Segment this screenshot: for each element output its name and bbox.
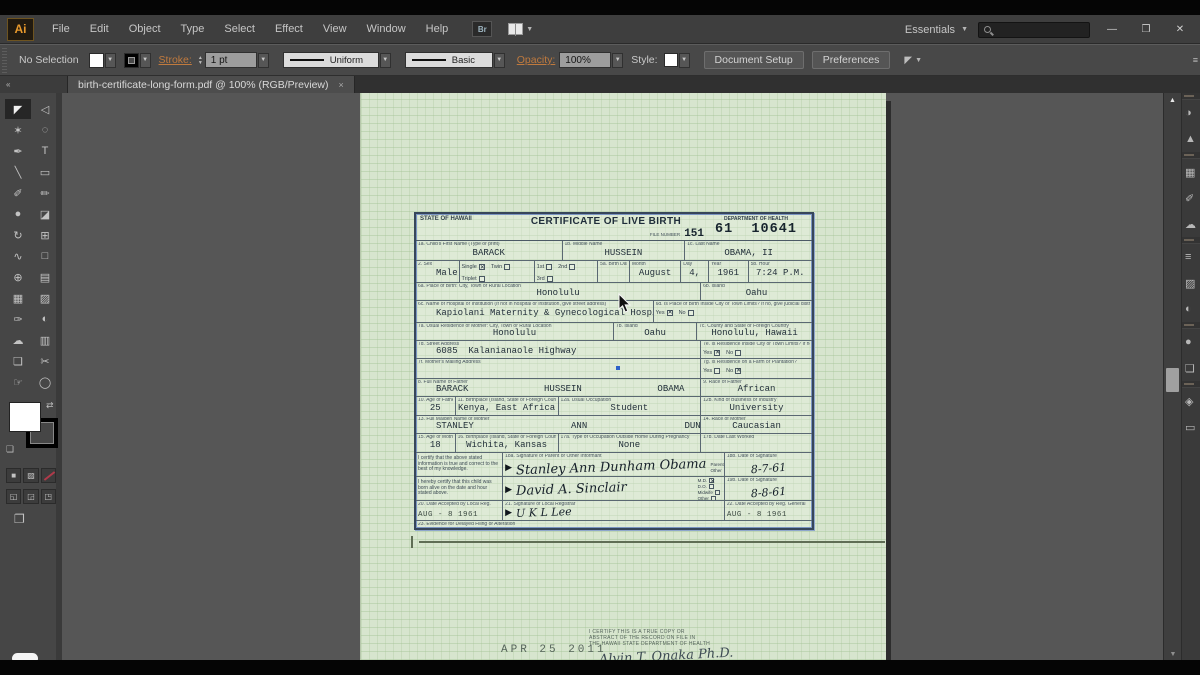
- checkbox-item: No: [679, 310, 694, 316]
- mouse-cursor-icon: [618, 293, 632, 318]
- pdf-page[interactable]: STATE OF HAWAII CERTIFICATE OF LIVE BIRT…: [360, 93, 886, 660]
- certificate-cell: 23. Evidence for Delayed Filing or Alter…: [416, 521, 812, 533]
- field-value: Wichita, Kansas: [458, 440, 556, 451]
- chevron-down-icon[interactable]: ▼: [140, 53, 151, 68]
- certificate-cell: 6d. Is Place of Birth Inside City or Tow…: [654, 301, 812, 322]
- checkbox-unchecked: [714, 368, 720, 374]
- close-icon[interactable]: ×: [339, 80, 344, 90]
- checkbox-item: Parent: [710, 462, 724, 467]
- checkbox-item: 1st: [537, 264, 552, 270]
- lasso-tool[interactable]: ◌: [32, 120, 58, 140]
- certificate-row: 6c. Name of Hospital or Institution (If …: [416, 301, 812, 323]
- menu-item-select[interactable]: Select: [214, 15, 265, 44]
- menu-item-help[interactable]: Help: [416, 15, 459, 44]
- certificate-cell: 8. Full Name of FatherBARACK HUSSEIN OBA…: [416, 379, 701, 396]
- scale-tool[interactable]: ⊞: [32, 225, 58, 245]
- search-input[interactable]: [978, 22, 1090, 38]
- control-bar: No Selection ▼ ▼ Stroke: ▲▼ 1 pt ▼ Unifo…: [0, 44, 1200, 76]
- certificate-cell: 5b. Hour7:24 P.M.: [749, 261, 812, 282]
- chevron-down-icon[interactable]: ▼: [380, 53, 391, 68]
- certificate-cell: 11. Birthplace (Island, State or Foreign…: [456, 397, 559, 415]
- checkbox-unchecked: [504, 264, 510, 270]
- illustrator-logo: Ai: [7, 18, 34, 41]
- field-label: 19b. Date of Signature: [727, 478, 810, 484]
- file-number-value: 151: [684, 228, 704, 240]
- certificate-cell: 20. Date Accepted by Local Reg.AUG - 8 1…: [416, 501, 503, 520]
- signature-marker-icon: ▶: [505, 463, 512, 472]
- stroke-weight-stepper[interactable]: ▲▼: [198, 56, 203, 65]
- certificate-cell: 13. Full Maiden Name of MotherSTANLEY AN…: [416, 416, 701, 433]
- certificate-row: 8. Full Name of FatherBARACK HUSSEIN OBA…: [416, 379, 812, 397]
- certificate-row: 10. Age of Father2511. Birthplace (Islan…: [416, 397, 812, 416]
- checkbox-item: 3rd: [537, 276, 553, 282]
- draw-behind-icon[interactable]: ◲: [23, 489, 38, 504]
- certificate-row: I hereby certify that this child was bor…: [416, 477, 812, 501]
- checkbox-unchecked: [569, 264, 575, 270]
- field-label: 22. Date Accepted by Reg. General: [727, 502, 810, 508]
- checkbox-unchecked: [479, 276, 485, 282]
- mesh-tool[interactable]: ▦: [5, 288, 31, 308]
- checkbox-item: Triplet: [462, 276, 485, 282]
- hand-tool[interactable]: ☞: [5, 372, 31, 392]
- scan-fold-tick: [411, 536, 413, 548]
- stroke-panel[interactable]: ≡: [1182, 244, 1200, 270]
- opacity-panel-link[interactable]: Opacity:: [517, 54, 556, 66]
- certificate-cell: MonthAugust: [630, 261, 681, 282]
- field-value: None: [561, 440, 699, 451]
- checkbox-unchecked: [709, 484, 714, 489]
- certificate-cell: 1a. Child's First Name (Type or print)BA…: [416, 241, 563, 260]
- default-fill-stroke-icon[interactable]: ❏: [6, 444, 14, 455]
- draw-inside-icon[interactable]: ◳: [41, 489, 56, 504]
- certificate-cell: I certify that the above stated informat…: [416, 453, 503, 476]
- certificate-row: 2. SexMale3. This BirthSingleTwinTriplet…: [416, 261, 812, 283]
- certificate-cell: 5a. Birth Date: [598, 261, 630, 282]
- dock-group-label: [1182, 152, 1200, 159]
- menu-item-file[interactable]: File: [42, 15, 80, 44]
- appearance-panel[interactable]: ●: [1182, 329, 1200, 355]
- brush-preview: [412, 59, 446, 61]
- arrange-documents-icon: [508, 23, 523, 35]
- certificate-cell: 7b. IslandOahu: [614, 323, 697, 340]
- certificate-cell: I hereby certify that this child was bor…: [416, 477, 503, 500]
- blend-tool[interactable]: ◐: [32, 309, 58, 329]
- certificate-form: STATE OF HAWAII CERTIFICATE OF LIVE BIRT…: [414, 212, 814, 530]
- field-value: University: [703, 403, 810, 414]
- dock-group-label: [1182, 93, 1200, 100]
- certificate-row: 20. Date Accepted by Local Reg.AUG - 8 1…: [416, 501, 812, 521]
- symbols-panel[interactable]: ☁: [1182, 211, 1200, 237]
- checkbox-unchecked: [715, 490, 720, 495]
- eyedropper-tool[interactable]: ✑: [5, 309, 31, 329]
- signature-text: Stanley Ann Dunham Obama: [516, 456, 707, 476]
- selection-tool[interactable]: ◤: [5, 99, 31, 119]
- checkbox-checked: [714, 350, 720, 356]
- color-mode-row: ■ ▨: [0, 468, 56, 483]
- line-segment-tool[interactable]: ╲: [5, 162, 31, 182]
- field-value: 8-7-61: [727, 459, 811, 476]
- stroke-swatch[interactable]: [124, 53, 139, 68]
- document-tab-bar: « birth-certificate-long-form.pdf @ 100%…: [0, 76, 1200, 93]
- workspace-switcher[interactable]: Essentials ▼: [905, 24, 968, 36]
- style-label: Style:: [631, 54, 657, 66]
- fill-swatch[interactable]: [89, 53, 104, 68]
- checkbox-item: 2nd: [558, 264, 575, 270]
- zoom-tool[interactable]: ◯: [32, 372, 58, 392]
- certificate-cell: 4. If Twin or Triplet, Was Child Born1st…: [535, 261, 598, 282]
- chevron-down-icon[interactable]: ▼: [258, 53, 269, 68]
- certificate-cell: 10. Age of Father25: [416, 397, 456, 415]
- panel-dock: ◑▲▦✐☁≡▨◐●❏◈▭: [1181, 93, 1200, 660]
- style-swatch[interactable]: [664, 53, 678, 67]
- field-value: AUG - 8 1961: [727, 511, 810, 519]
- checkbox-unchecked: [688, 310, 694, 316]
- field-value: 4,: [683, 268, 706, 279]
- draw-normal-icon[interactable]: ◱: [6, 489, 21, 504]
- field-label: 6d. Is Place of Birth Inside City or Tow…: [656, 302, 810, 308]
- close-button[interactable]: ✕: [1168, 24, 1192, 35]
- color-button[interactable]: ■: [6, 468, 21, 483]
- illustrator-window: Ai FileEditObjectTypeSelectEffectViewWin…: [0, 0, 1200, 675]
- drawing-modes-row: ◱ ◲ ◳: [0, 489, 56, 504]
- certificate-cell: 19a. Signature of Attendant▶David A. Sin…: [503, 477, 725, 500]
- certificate-cell: 12a. Usual OccupationStudent: [559, 397, 702, 415]
- checkbox-checked: [479, 264, 485, 270]
- document-setup-button[interactable]: Document Setup: [704, 51, 804, 69]
- checkbox-item: D.O.: [698, 484, 720, 489]
- chevron-down-icon[interactable]: ▼: [105, 53, 116, 68]
- chevron-down-icon: ▼: [961, 26, 968, 33]
- checkbox-item: Single: [462, 264, 485, 270]
- field-value: 25: [418, 403, 453, 414]
- field-label: 7f. Mother's Mailing Address: [418, 360, 698, 366]
- select-similar-icon: ◤: [904, 55, 912, 66]
- field-value: Oahu: [616, 328, 694, 339]
- artboard-canvas[interactable]: STATE OF HAWAII CERTIFICATE OF LIVE BIRT…: [68, 93, 1163, 660]
- arrange-documents-button[interactable]: ▼: [508, 23, 533, 35]
- panel-menu-icon[interactable]: ≡: [1193, 55, 1198, 65]
- selection-status: No Selection: [19, 54, 79, 66]
- stroke-weight-field[interactable]: 1 pt: [205, 52, 257, 68]
- stroke-panel-link[interactable]: Stroke:: [159, 54, 192, 66]
- certificate-cell: 3. This BirthSingleTwinTriplet: [460, 261, 535, 282]
- certificate-title: CERTIFICATE OF LIVE BIRTH: [508, 216, 704, 227]
- certificate-cell: Day4,: [681, 261, 709, 282]
- panel-grip[interactable]: [2, 47, 7, 73]
- certificate-cell: 12b. Kind of Business or IndustryUnivers…: [701, 397, 812, 415]
- checkbox-checked: [709, 478, 714, 483]
- certificate-row: 15. Age of Mother1816. Birthplace (Islan…: [416, 434, 812, 453]
- checkbox-item: M.D.: [698, 478, 720, 483]
- stroke-color-control[interactable]: ▼: [124, 53, 151, 68]
- blob-brush-tool[interactable]: ●: [5, 204, 31, 224]
- dock-group-label: [1182, 381, 1200, 388]
- statement-text: I hereby certify that this child was bor…: [418, 478, 500, 497]
- certificate-cell: 2. SexMale: [416, 261, 460, 282]
- field-value: 7:24 P.M.: [751, 268, 810, 279]
- certificate-row: 6a. Place of Birth: City, Town or Rural …: [416, 283, 812, 301]
- rotate-tool[interactable]: ↻: [5, 225, 31, 245]
- symbol-sprayer-tool[interactable]: ☁: [5, 330, 31, 350]
- signature-text: David A. Sinclair: [516, 480, 627, 499]
- menu-item-view[interactable]: View: [313, 15, 357, 44]
- dock-group-label: [1182, 322, 1200, 329]
- menu-item-type[interactable]: Type: [171, 15, 215, 44]
- certificate-cell: 18b. Date of Signature8-7-61: [725, 453, 812, 476]
- field-label: 20. Date Accepted by Local Reg.: [418, 502, 500, 508]
- field-value: STANLEY ANN DUNHAM: [418, 421, 698, 432]
- pen-tool[interactable]: ✒: [5, 141, 31, 161]
- field-value: Male: [418, 268, 457, 279]
- collapse-panel-button[interactable]: «: [0, 76, 68, 93]
- scan-fold-line: [419, 541, 885, 543]
- certificate-header: STATE OF HAWAII CERTIFICATE OF LIVE BIRT…: [416, 214, 812, 241]
- field-value: Honolulu: [418, 288, 698, 299]
- tools-grid: ◤◁✶◌✒T╲▭✐✏●◪↻⊞∿□⊕▤▦▨✑◐☁▥❏✂☞◯: [0, 93, 56, 392]
- field-value: Honolulu, Hawaii: [699, 328, 810, 339]
- certificate-cell: 17b. Date Last Worked: [701, 434, 812, 452]
- workspace-area: ◤◁✶◌✒T╲▭✐✏●◪↻⊞∿□⊕▤▦▨✑◐☁▥❏✂☞◯ ⇄ ❏ ■ ▨ ◱ ◲…: [0, 93, 1200, 660]
- checkbox-item: No: [726, 350, 741, 356]
- gradient-tool[interactable]: ▨: [32, 288, 58, 308]
- layers-panel[interactable]: ◈: [1182, 388, 1200, 414]
- certificate-row: I certify that the above stated informat…: [416, 453, 812, 477]
- field-label: 5a. Birth Date: [600, 262, 627, 268]
- certificate-cell: 9. Race of FatherAfrican: [701, 379, 812, 396]
- field-value: August: [632, 268, 678, 279]
- search-icon: [984, 26, 991, 33]
- certificate-cell: 18a. Signature of Parent or Other Inform…: [503, 453, 725, 476]
- certificate-cell: 7f. Mother's Mailing Address: [416, 359, 701, 378]
- checkbox-item: Yes: [703, 350, 720, 356]
- checkbox-item: Other: [710, 468, 724, 473]
- vertical-scrollbar[interactable]: ▲ ▼: [1163, 93, 1181, 660]
- maximize-button[interactable]: ❒: [1134, 24, 1158, 35]
- certificate-cell: 17a. Type of Occupation Outside Home Dur…: [559, 434, 702, 452]
- type-tool[interactable]: T: [32, 141, 58, 161]
- tools-panel: ◤◁✶◌✒T╲▭✐✏●◪↻⊞∿□⊕▤▦▨✑◐☁▥❏✂☞◯ ⇄ ❏ ■ ▨ ◱ ◲…: [0, 93, 62, 660]
- stroke-profile-preview: [290, 59, 324, 61]
- swap-fill-stroke-icon[interactable]: ⇄: [46, 400, 54, 411]
- checkbox-unchecked: [547, 276, 553, 282]
- opacity-field[interactable]: 100%: [559, 52, 611, 68]
- eraser-tool[interactable]: ◪: [32, 204, 58, 224]
- checkbox-item: Midwife: [698, 490, 720, 495]
- preferences-button[interactable]: Preferences: [812, 51, 891, 69]
- brushes-panel[interactable]: ✐: [1182, 185, 1200, 211]
- width-tool[interactable]: ∿: [5, 246, 31, 266]
- certificate-cell: 6b. IslandOahu: [701, 283, 812, 300]
- scroll-down-arrow-icon[interactable]: ▼: [1164, 651, 1182, 658]
- brush-definition-select[interactable]: Basic: [405, 52, 493, 68]
- certificate-cell: 7c. County and State or Foreign CountryH…: [697, 323, 812, 340]
- anchor-point: [616, 366, 620, 370]
- letterbox-top: [0, 0, 1200, 15]
- artboard-tool[interactable]: ❏: [5, 351, 31, 371]
- certificate-cell: 19b. Date of Signature8-8-61: [725, 477, 812, 500]
- checkbox-checked: [667, 310, 673, 316]
- certificate-cell: 22. Date Accepted by Reg. GeneralAUG - 8…: [725, 501, 812, 520]
- fill-stroke-control: ⇄ ❏: [0, 400, 56, 462]
- chevron-down-icon[interactable]: ▼: [494, 53, 505, 68]
- field-value: Kenya, East Africa: [458, 403, 556, 414]
- certification-line: THE HAWAII STATE DEPARTMENT OF HEALTH: [589, 641, 789, 647]
- signature-marker-icon: ▶: [505, 485, 512, 494]
- certificate-row: 13. Full Maiden Name of MotherSTANLEY AN…: [416, 416, 812, 434]
- field-value: Student: [561, 403, 699, 414]
- menu-bar: Ai FileEditObjectTypeSelectEffectViewWin…: [0, 15, 1200, 44]
- menu-items: FileEditObjectTypeSelectEffectViewWindow…: [42, 15, 458, 44]
- statement-text: I certify that the above stated informat…: [418, 454, 500, 473]
- certificate-row: 7d. Street Address6085 Kalanianaole High…: [416, 341, 812, 359]
- swatches-panel[interactable]: ▦: [1182, 159, 1200, 185]
- field-value: Honolulu: [418, 328, 611, 339]
- free-transform-tool[interactable]: □: [32, 246, 58, 266]
- field-value: 18: [418, 440, 453, 451]
- column-graph-tool[interactable]: ▥: [32, 330, 58, 350]
- field-value: 8-8-61: [727, 483, 811, 500]
- checkbox-item: No: [726, 368, 741, 374]
- gradient-button[interactable]: ▨: [23, 468, 38, 483]
- select-similar-control[interactable]: ◤ ▼: [904, 55, 922, 66]
- checkbox-unchecked: [735, 350, 741, 356]
- fill-color-control[interactable]: ▼: [89, 53, 116, 68]
- page-shadow: [886, 101, 891, 660]
- shape-builder-tool[interactable]: ⊕: [5, 267, 31, 287]
- chevron-down-icon[interactable]: ▼: [612, 53, 623, 68]
- dock-group-label: [1182, 237, 1200, 244]
- menu-item-edit[interactable]: Edit: [80, 15, 119, 44]
- field-label: 7e. Is Residence Inside City or Town Lim…: [703, 342, 810, 348]
- scrollbar-thumb[interactable]: [1166, 368, 1179, 392]
- field-value: 1961: [711, 268, 746, 279]
- fill-color-box[interactable]: [9, 402, 41, 432]
- artboards-panel[interactable]: ▭: [1182, 414, 1200, 440]
- scroll-up-arrow-icon[interactable]: ▲: [1164, 93, 1181, 108]
- field-value: HUSSEIN: [565, 248, 683, 259]
- transparency-panel[interactable]: ◐: [1182, 296, 1200, 322]
- registrar-signature: Alvin T. Onaka Ph.D.: [599, 645, 734, 660]
- certificate-cell: 15. Age of Mother18: [416, 434, 456, 452]
- brush-definition-value: Basic: [452, 55, 475, 66]
- document-tab[interactable]: birth-certificate-long-form.pdf @ 100% (…: [68, 76, 355, 93]
- field-label: 7g. Is Residence on a Farm or Plantation…: [703, 360, 810, 366]
- menu-item-object[interactable]: Object: [119, 15, 171, 44]
- certificate-cell: 7g. Is Residence on a Farm or Plantation…: [701, 359, 812, 378]
- color-panel[interactable]: ◑: [1182, 100, 1200, 126]
- file-number-label: FILE NUMBER: [650, 233, 680, 238]
- width-profile-select[interactable]: Uniform: [283, 52, 379, 68]
- certificate-cell: 7e. Is Residence Inside City or Town Lim…: [701, 341, 812, 358]
- checkbox-unchecked: [711, 496, 716, 500]
- field-label: 18b. Date of Signature: [727, 454, 810, 460]
- field-value: OBAMA, II: [687, 248, 810, 259]
- field-value: Caucasian: [703, 421, 810, 432]
- paintbrush-tool[interactable]: ✐: [5, 183, 31, 203]
- gradient-panel[interactable]: ▨: [1182, 270, 1200, 296]
- certificate-row: 7a. Usual Residence of Mother: City, Tow…: [416, 323, 812, 341]
- minimize-button[interactable]: —: [1100, 24, 1124, 35]
- certificate-row: 7f. Mother's Mailing Address7g. Is Resid…: [416, 359, 812, 379]
- certificate-row: 23. Evidence for Delayed Filing or Alter…: [416, 521, 812, 533]
- field-value: BARACK HUSSEIN OBAMA: [418, 384, 698, 395]
- field-value: 6085 Kalanianaole Highway: [418, 346, 698, 357]
- field-value: Oahu: [703, 288, 810, 299]
- certificate-cell: 16. Birthplace (Island, State or Foreign…: [456, 434, 559, 452]
- certificate-cell: 1b. Middle NameHUSSEIN: [563, 241, 686, 260]
- checkbox-item: Yes: [656, 310, 673, 316]
- checkbox-item: Yes: [703, 368, 720, 374]
- checkbox-checked: [735, 368, 741, 374]
- perspective-grid-tool[interactable]: ▤: [32, 267, 58, 287]
- graphic-styles-panel[interactable]: ❏: [1182, 355, 1200, 381]
- signature-marker-icon: ▶: [505, 508, 512, 517]
- checkbox-unchecked: [546, 264, 552, 270]
- certificate-cell: 1c. Last NameOBAMA, II: [685, 241, 812, 260]
- workspace-label: Essentials: [905, 24, 955, 36]
- checkbox-item: Other: [698, 496, 720, 500]
- field-label: 23. Evidence for Delayed Filing or Alter…: [418, 522, 810, 528]
- color-guide-panel[interactable]: ▲: [1182, 126, 1200, 152]
- certificate-cell: 7d. Street Address6085 Kalanianaole High…: [416, 341, 701, 358]
- letterbox-bottom: [0, 660, 1200, 675]
- certificate-rows: 1a. Child's First Name (Type or print)BA…: [416, 241, 812, 533]
- direct-selection-tool[interactable]: ◁: [32, 99, 58, 119]
- menu-item-effect[interactable]: Effect: [265, 15, 313, 44]
- bridge-icon[interactable]: Br: [472, 21, 492, 37]
- certificate-number: 61 10641: [704, 222, 808, 237]
- field-value: African: [703, 384, 810, 395]
- signature-text: U K L Lee: [516, 505, 572, 520]
- certificate-cell: 21. Signature of Local Registrar▶U K L L…: [503, 501, 725, 520]
- menu-item-window[interactable]: Window: [357, 15, 416, 44]
- field-label: 17b. Date Last Worked: [703, 435, 810, 441]
- certification-statement: I CERTIFY THIS IS A TRUE COPY ORABSTRACT…: [589, 629, 789, 647]
- magic-wand-tool[interactable]: ✶: [5, 120, 31, 140]
- field-value: AUG - 8 1961: [418, 511, 500, 519]
- width-profile-value: Uniform: [330, 55, 363, 66]
- certificate-cell: Year1961: [709, 261, 749, 282]
- screen-mode-icon[interactable]: ❐: [14, 512, 56, 526]
- checkbox-item: Twin: [491, 264, 510, 270]
- none-button[interactable]: [41, 468, 56, 483]
- chevron-down-icon[interactable]: ▼: [679, 53, 690, 68]
- field-value: Kapiolani Maternity & Gynecological Hosp…: [418, 308, 651, 319]
- certificate-cell: 14. Race of MotherCaucasian: [701, 416, 812, 433]
- pencil-tool[interactable]: ✏: [32, 183, 58, 203]
- certificate-cell: 7a. Usual Residence of Mother: City, Tow…: [416, 323, 614, 340]
- certificate-row: 1a. Child's First Name (Type or print)BA…: [416, 241, 812, 261]
- rectangle-tool[interactable]: ▭: [32, 162, 58, 182]
- chevron-down-icon: ▼: [526, 26, 533, 33]
- slice-tool[interactable]: ✂: [32, 351, 58, 371]
- certificate-cell: 6a. Place of Birth: City, Town or Rural …: [416, 283, 701, 300]
- field-value: BARACK: [418, 248, 560, 259]
- chevron-down-icon: ▼: [915, 57, 922, 64]
- state-label: STATE OF HAWAII: [420, 216, 508, 240]
- document-tab-title: birth-certificate-long-form.pdf @ 100% (…: [78, 79, 329, 91]
